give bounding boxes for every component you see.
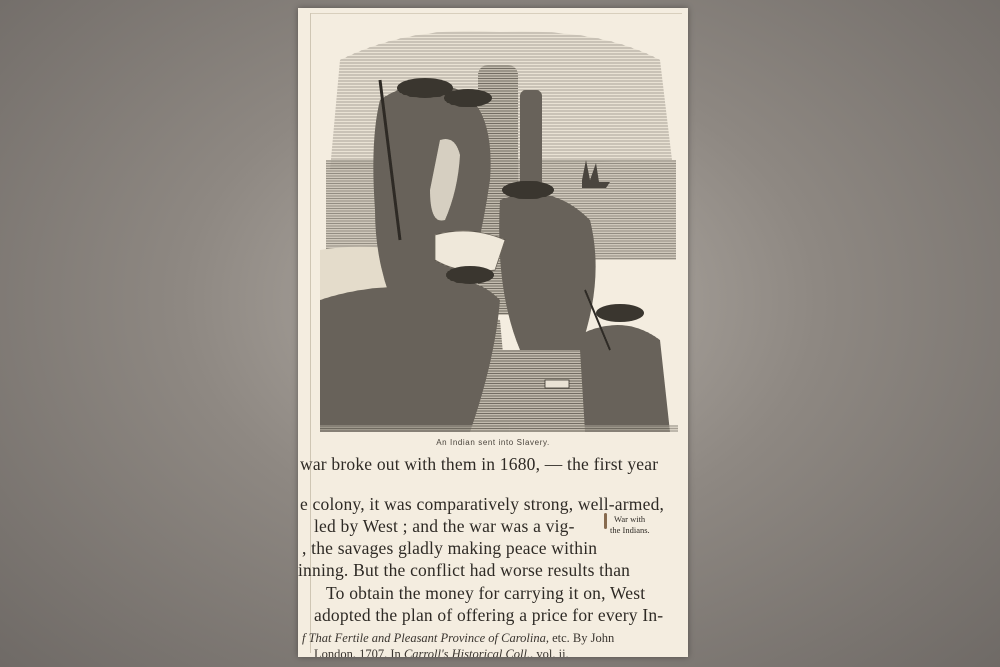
body-line-5: inning. But the conflict had worse resul…	[298, 560, 630, 581]
page-border-top	[310, 13, 682, 14]
engraving-image	[320, 20, 678, 432]
body-line-2: e colony, it was comparatively strong, w…	[300, 494, 664, 515]
engraving-illustration	[320, 20, 678, 432]
footnote-volume: , vol. ii.	[530, 647, 569, 657]
footnote-line-2: London, 1707. In Carroll's Historical Co…	[314, 647, 569, 657]
footnote-line-1: f That Fertile and Pleasant Province of …	[302, 631, 614, 646]
marginal-note-line-1: War with	[614, 514, 645, 524]
footnote-author: etc. By John	[549, 631, 614, 645]
marginal-note-line-2: the Indians.	[610, 525, 650, 535]
footnote-publication: London, 1707. In	[314, 647, 404, 657]
body-line-7: adopted the plan of offering a price for…	[314, 605, 663, 626]
footnote-title: f That Fertile and Pleasant Province of …	[302, 631, 549, 645]
body-line-4: , the savages gladly making peace within	[302, 538, 597, 559]
body-line-1: war broke out with them in 1680, — the f…	[300, 454, 658, 475]
body-line-3: led by West ; and the war was a vig-	[314, 516, 575, 537]
book-page: An Indian sent into Slavery. war broke o…	[298, 8, 688, 657]
ink-stain	[604, 513, 607, 529]
footnote-collection: Carroll's Historical Coll.	[404, 647, 530, 657]
illustration-caption: An Indian sent into Slavery.	[298, 438, 688, 447]
body-line-6: To obtain the money for carrying it on, …	[326, 583, 645, 604]
